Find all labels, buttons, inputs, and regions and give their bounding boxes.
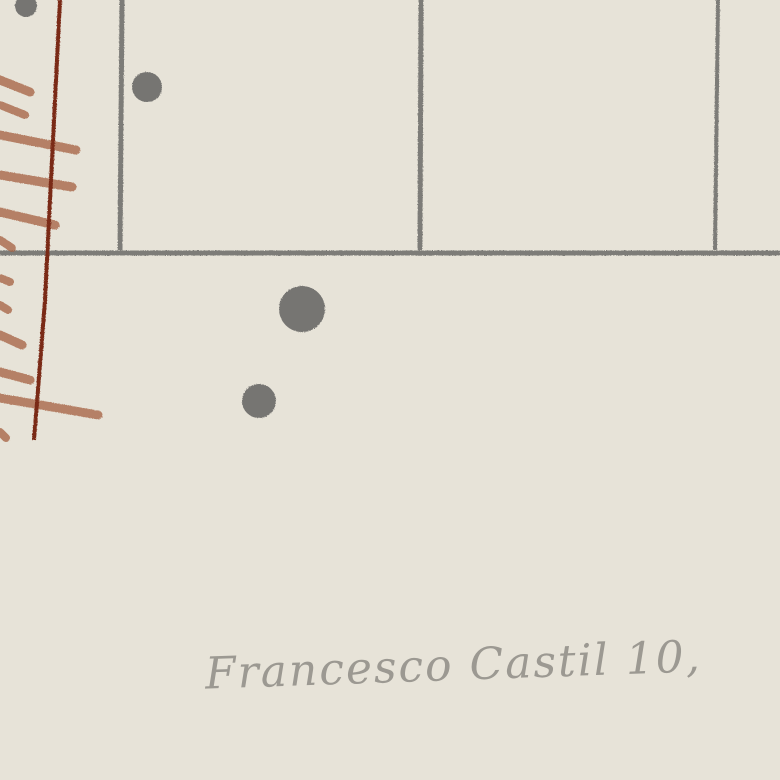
grey-dots	[15, 0, 325, 418]
grid-lines	[0, 0, 780, 253]
artwork-canvas: Francesco Castil 10,	[0, 0, 780, 780]
